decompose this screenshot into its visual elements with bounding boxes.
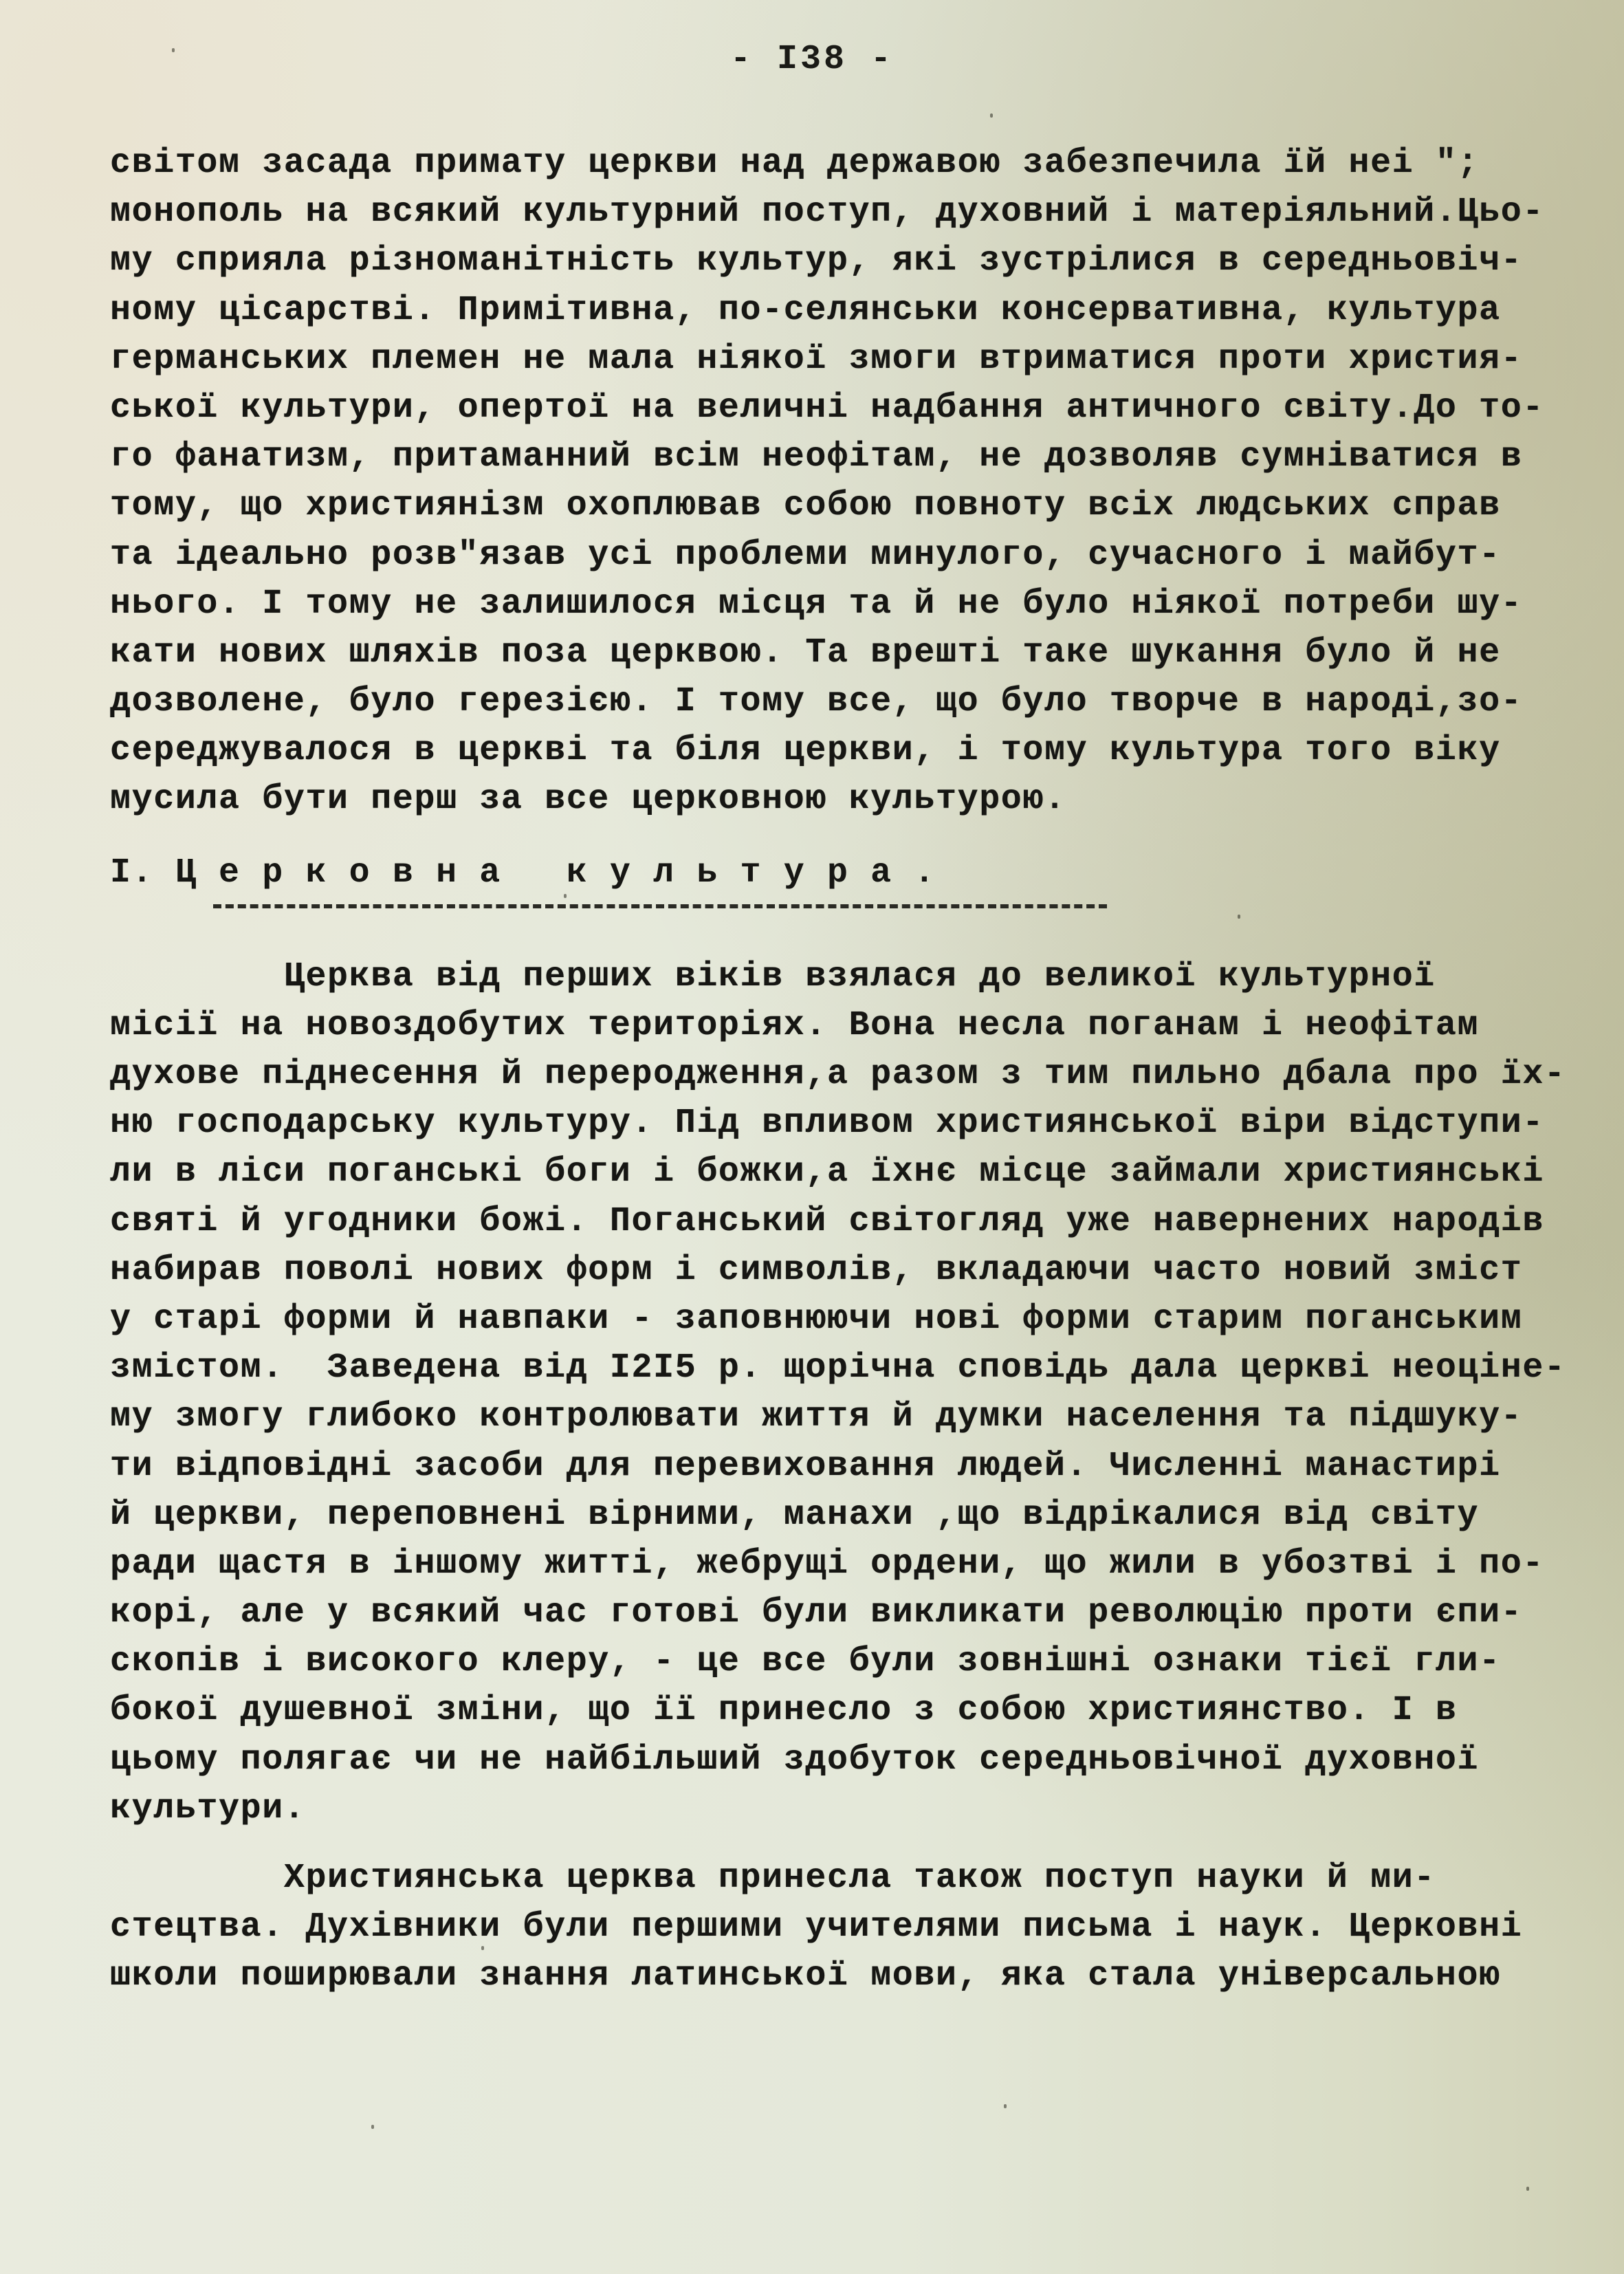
text-line: місії на новоздобутих територіях. Вона н… [110,1001,1595,1050]
text-line: ню господарську культуру. Під впливом хр… [110,1099,1595,1148]
text-line: го фанатизм, притаманний всім неофітам, … [110,433,1595,481]
text-line: тому, що християнізм охоплював собою пов… [110,481,1595,530]
text-line: ти відповідні засоби для перевиховання л… [110,1442,1595,1491]
text-line: ради щастя в іншому житті, жебрущі орден… [110,1540,1595,1588]
text-line: ли в ліси поганські боги і божки,а їхнє … [110,1148,1595,1196]
text-line: му змогу глибоко контролювати життя й ду… [110,1392,1595,1441]
text-line: кати нових шляхів поза церквою. Та врешт… [110,628,1595,677]
text-line: духове піднесення й переродження,а разом… [110,1050,1595,1099]
body-text: світом засада примату церкви над державо… [110,139,1595,2001]
text-line: стецтва. Духівники були першими учителям… [110,1903,1595,1952]
text-line: Християнська церква принесла також посту… [110,1854,1595,1903]
ink-speck [564,894,567,898]
text-line: скопів і високого клеру, - це все були з… [110,1637,1595,1686]
paragraph-2: Церква від перших віків взялася до велик… [110,952,1595,1833]
section-heading: I. Ц е р к о в н а к у л ь т у р а . [110,845,1595,901]
text-line: германських племен не мала ніякої змоги … [110,335,1595,384]
text-line: ської культури, опертої на величні надба… [110,384,1595,433]
text-line: мусила бути перш за все церковною культу… [110,775,1595,824]
heading-underline [110,901,1595,929]
text-line: корі, але у всякий час готові були викли… [110,1588,1595,1637]
text-line: набирав поволі нових форм і символів, вк… [110,1246,1595,1295]
ink-speck [172,48,175,52]
ink-speck [990,113,993,118]
text-line: середжувалося в церкві та біля церкви, і… [110,726,1595,775]
text-line: цьому полягає чи не найбільший здобуток … [110,1736,1595,1784]
paragraph-gap [110,1833,1595,1854]
text-line: культури. [110,1784,1595,1833]
text-line: Церква від перших віків взялася до велик… [110,952,1595,1001]
ink-speck [1004,2104,1007,2108]
text-line: й церкви, переповнені вірними, манахи ,щ… [110,1491,1595,1540]
ink-speck [481,1946,484,1950]
paragraph-gap [110,824,1595,845]
ink-speck [1526,2187,1529,2191]
ink-speck [371,2125,374,2129]
text-line: світом засада примату церкви над державо… [110,139,1595,188]
ink-speck [1238,915,1240,919]
text-line: святі й угодники божі. Поганський світог… [110,1197,1595,1246]
heading-gap [110,929,1595,952]
text-line: нього. І тому не залишилося місця та й н… [110,580,1595,628]
paragraph-3: Християнська церква принесла також посту… [110,1854,1595,2001]
page-number: - I38 - [0,40,1624,79]
text-line: му сприяла різноманітність культур, які … [110,237,1595,285]
text-line: ному цісарстві. Примітивна, по-селянськи… [110,286,1595,335]
text-line: дозволене, було герезією. І тому все, що… [110,677,1595,726]
text-line: змістом. Заведена від I2I5 р. щорічна сп… [110,1344,1595,1392]
text-line: та ідеально розв"язав усі проблеми минул… [110,531,1595,580]
text-line: у старі форми й навпаки - заповнюючи нов… [110,1295,1595,1344]
typewritten-page: - I38 - світом засада примату церкви над… [0,0,1624,2274]
text-line: монополь на всякий культурний поступ, ду… [110,188,1595,237]
text-line: школи поширювали знання латинської мови,… [110,1952,1595,2000]
text-line: бокої душевної зміни, що її принесло з с… [110,1686,1595,1735]
paragraph-1: світом засада примату церкви над державо… [110,139,1595,824]
